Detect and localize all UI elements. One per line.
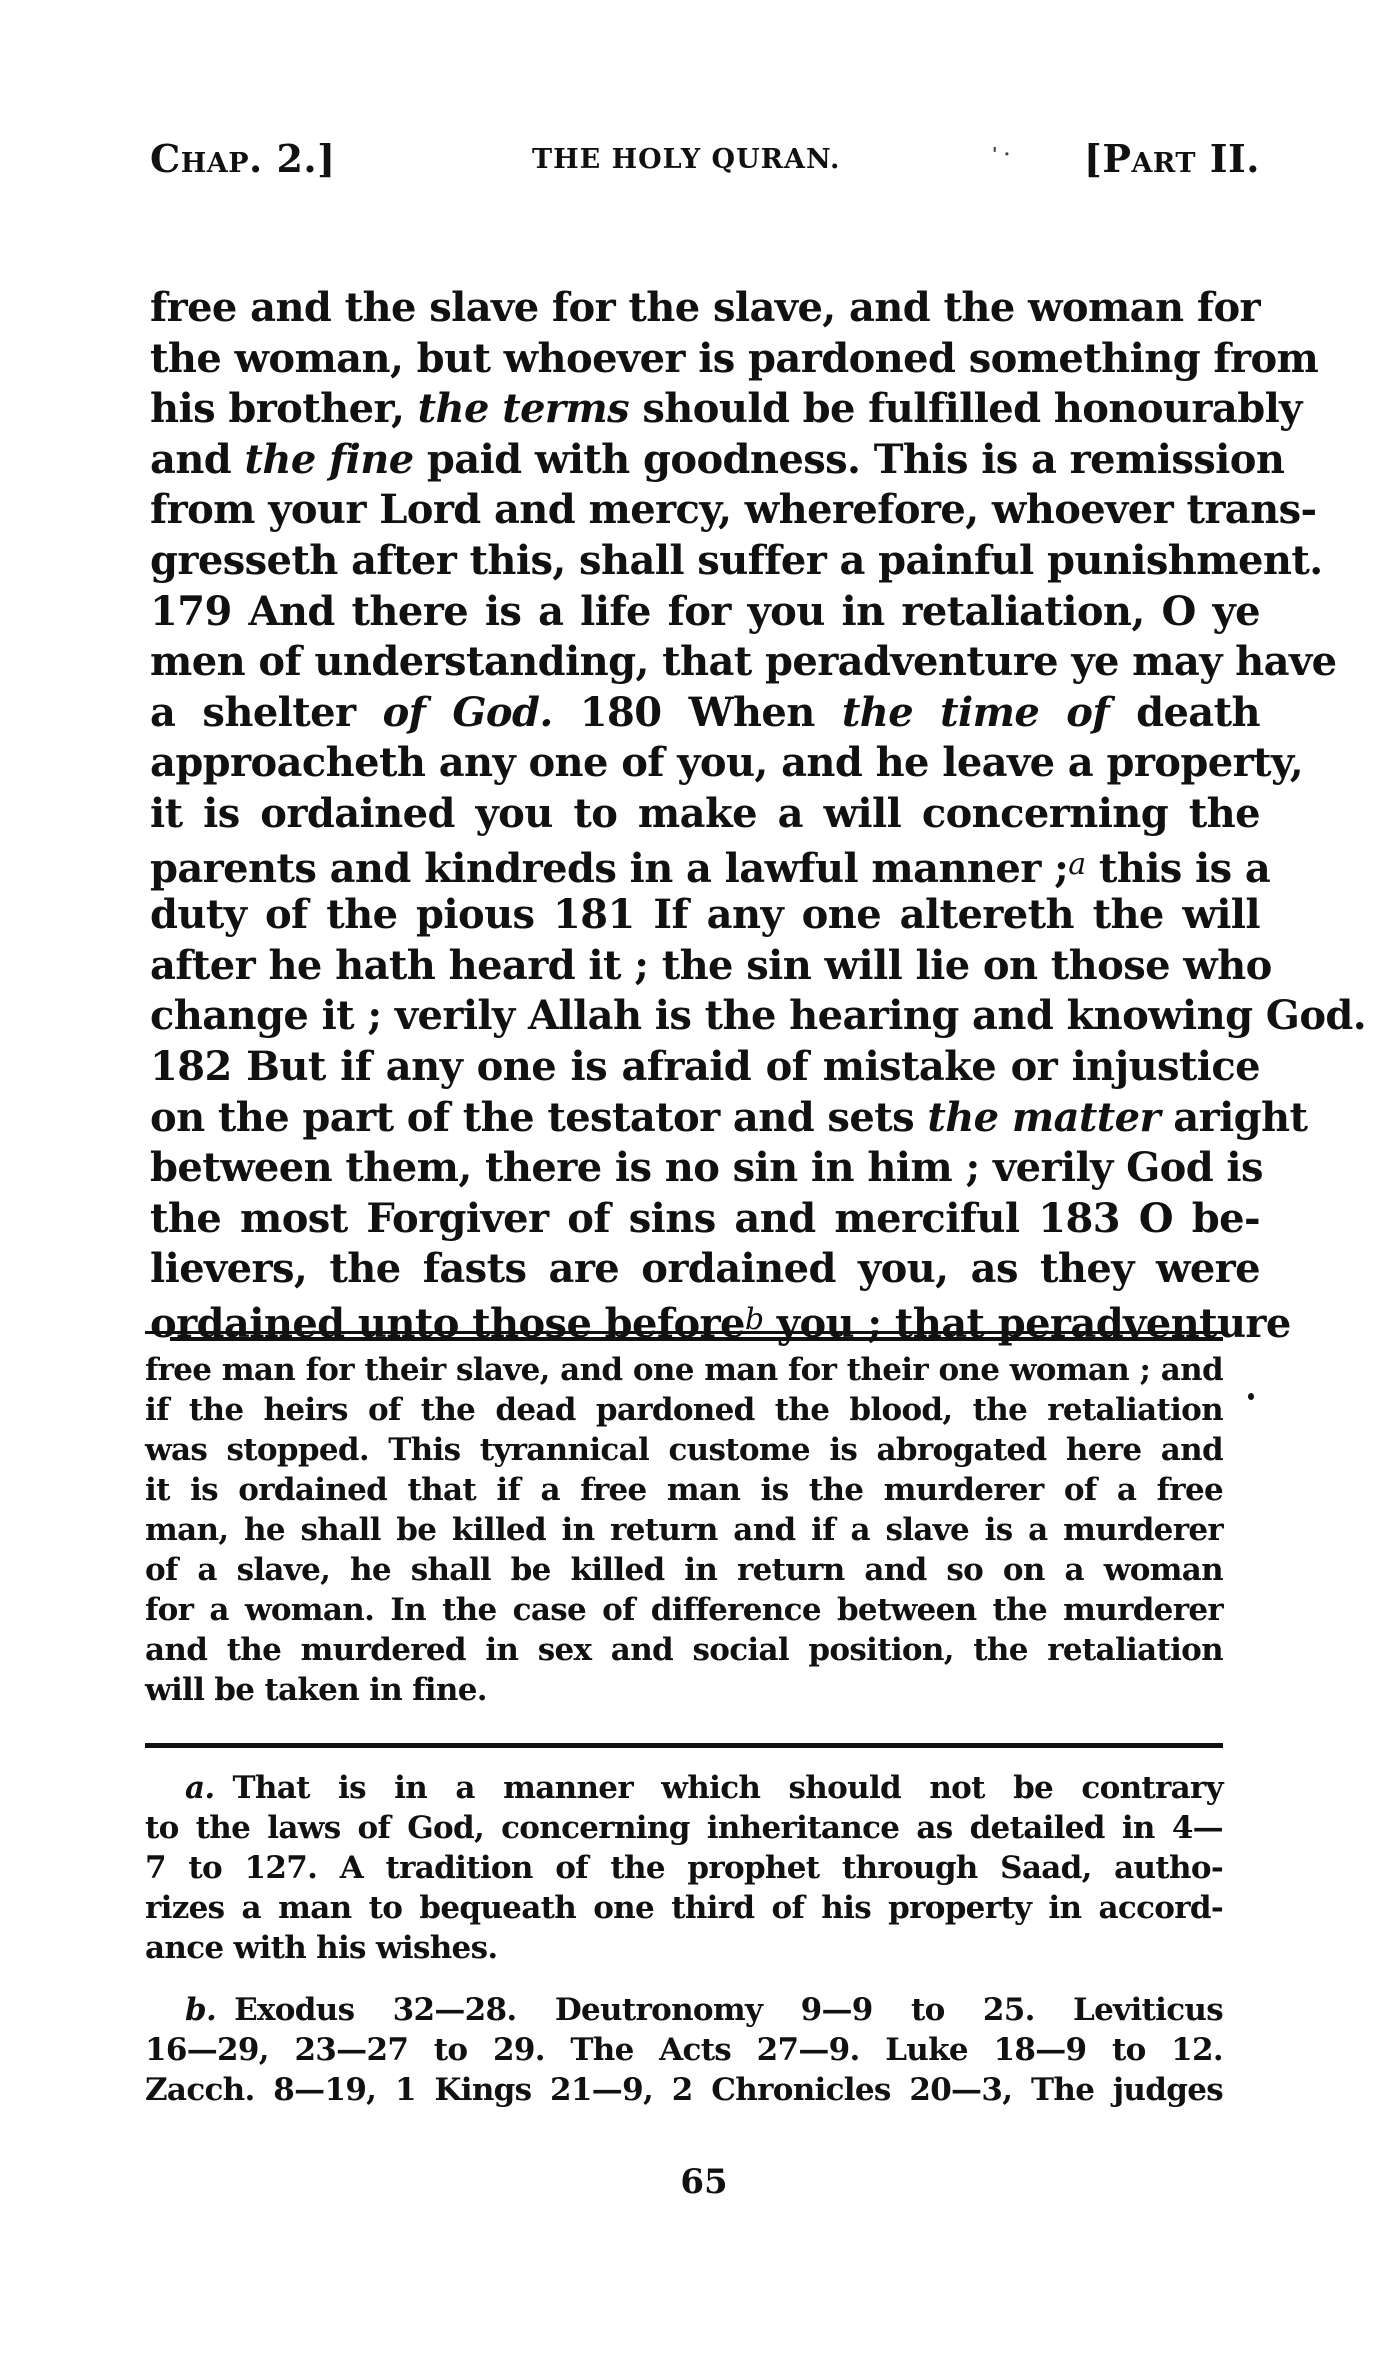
ink-speck — [1248, 1393, 1254, 1400]
footnote-line: b.Exodus 32—28. Deutronomy 9—9 to 25. Le… — [145, 1990, 1223, 2030]
footnote-line: to the laws of God, concerning inheritan… — [145, 1808, 1223, 1848]
footnote-reference[interactable]: a — [1068, 847, 1085, 882]
text-line: from your Lord and mercy, wherefore, who… — [150, 485, 1260, 536]
footnote-label: b. — [185, 1992, 216, 2028]
text-line: men of understanding, that peradventure … — [150, 637, 1260, 688]
text-line: change it ; verily Allah is the hearing … — [150, 991, 1260, 1042]
text-line: free and the slave for the slave, and th… — [150, 283, 1260, 334]
text-line: the most Forgiver of sins and merciful 1… — [150, 1194, 1260, 1245]
footnote-line: and the murdered in sex and social posit… — [145, 1630, 1223, 1670]
italic-text: the fine — [245, 436, 414, 483]
text-line: parents and kindreds in a lawful manner … — [150, 840, 1260, 891]
italic-text: the terms — [418, 385, 629, 432]
footnote-line: if the heirs of the dead pardoned the bl… — [145, 1390, 1223, 1430]
book-page: Chap. 2.] THE HOLY QURAN. ' · [Part II. … — [0, 0, 1400, 2360]
text-line: 182 But if any one is afraid of mistake … — [150, 1042, 1260, 1093]
footnote-line: free man for their slave, and one man fo… — [145, 1350, 1223, 1390]
footnote-line: it is ordained that if a free man is the… — [145, 1470, 1223, 1510]
footnote-line: of a slave, he shall be killed in return… — [145, 1550, 1223, 1590]
footnote-line: Zacch. 8—19, 1 Kings 21—9, 2 Chronicles … — [145, 2070, 1223, 2110]
footnote-line: 7 to 127. A tradition of the prophet thr… — [145, 1848, 1223, 1888]
text-line: it is ordained you to make a will concer… — [150, 789, 1260, 840]
book-title: THE HOLY QURAN. — [532, 144, 840, 175]
text-line: and the fine paid with goodness. This is… — [150, 435, 1260, 486]
text-line: duty of the pious 181 If any one alteret… — [150, 890, 1260, 941]
text-line: 179 And there is a life for you in retal… — [150, 587, 1260, 638]
text-line: on the part of the testator and sets the… — [150, 1093, 1260, 1144]
footnote-line: was stopped. This tyrannical custome is … — [145, 1430, 1223, 1470]
text-line: his brother, the terms should be fulfill… — [150, 384, 1260, 435]
chapter-label: Chap. 2.] — [150, 136, 336, 181]
page-number: 65 — [0, 2162, 1400, 2202]
text-line: a shelter of God. 180 When the time of d… — [150, 688, 1260, 739]
running-header: Chap. 2.] THE HOLY QURAN. ' · [Part II. — [150, 136, 1260, 192]
text-line: the woman, but whoever is pardoned somet… — [150, 334, 1260, 385]
part-label: [Part II. — [1084, 136, 1260, 181]
text-line: lievers, the fasts are ordained you, as … — [150, 1244, 1260, 1295]
footnotes-section: a.That is in a manner which should not b… — [145, 1768, 1223, 2110]
footnote-line: a.That is in a manner which should not b… — [145, 1768, 1223, 1808]
text-line: between them, there is no sin in him ; v… — [150, 1143, 1260, 1194]
italic-text: the matter — [927, 1094, 1160, 1141]
footnote-line: 16—29, 23—27 to 29. The Acts 27—9. Luke … — [145, 2030, 1223, 2070]
text-line: after he hath heard it ; the sin will li… — [150, 941, 1260, 992]
text-line: approacheth any one of you, and he leave… — [150, 738, 1260, 789]
footnote-line: ance with his wishes. — [145, 1928, 1223, 1968]
footnote-label: a. — [185, 1770, 214, 1806]
footnote-line: will be taken in fine. — [145, 1670, 1223, 1710]
footnote-line: man, he shall be killed in return and if… — [145, 1510, 1223, 1550]
footnote-line: for a woman. In the case of difference b… — [145, 1590, 1223, 1630]
double-rule-divider — [145, 1331, 1223, 1341]
text-line: gresseth after this, shall suffer a pain… — [150, 536, 1260, 587]
italic-text: of God. — [383, 689, 553, 736]
continued-footnote: free man for their slave, and one man fo… — [145, 1350, 1223, 1710]
italic-text: the time of — [842, 689, 1109, 736]
main-text-body: free and the slave for the slave, and th… — [150, 283, 1260, 1345]
single-rule-divider — [145, 1743, 1223, 1748]
footnote-line: rizes a man to bequeath one third of his… — [145, 1888, 1223, 1928]
print-mark: ' · — [992, 144, 1010, 165]
